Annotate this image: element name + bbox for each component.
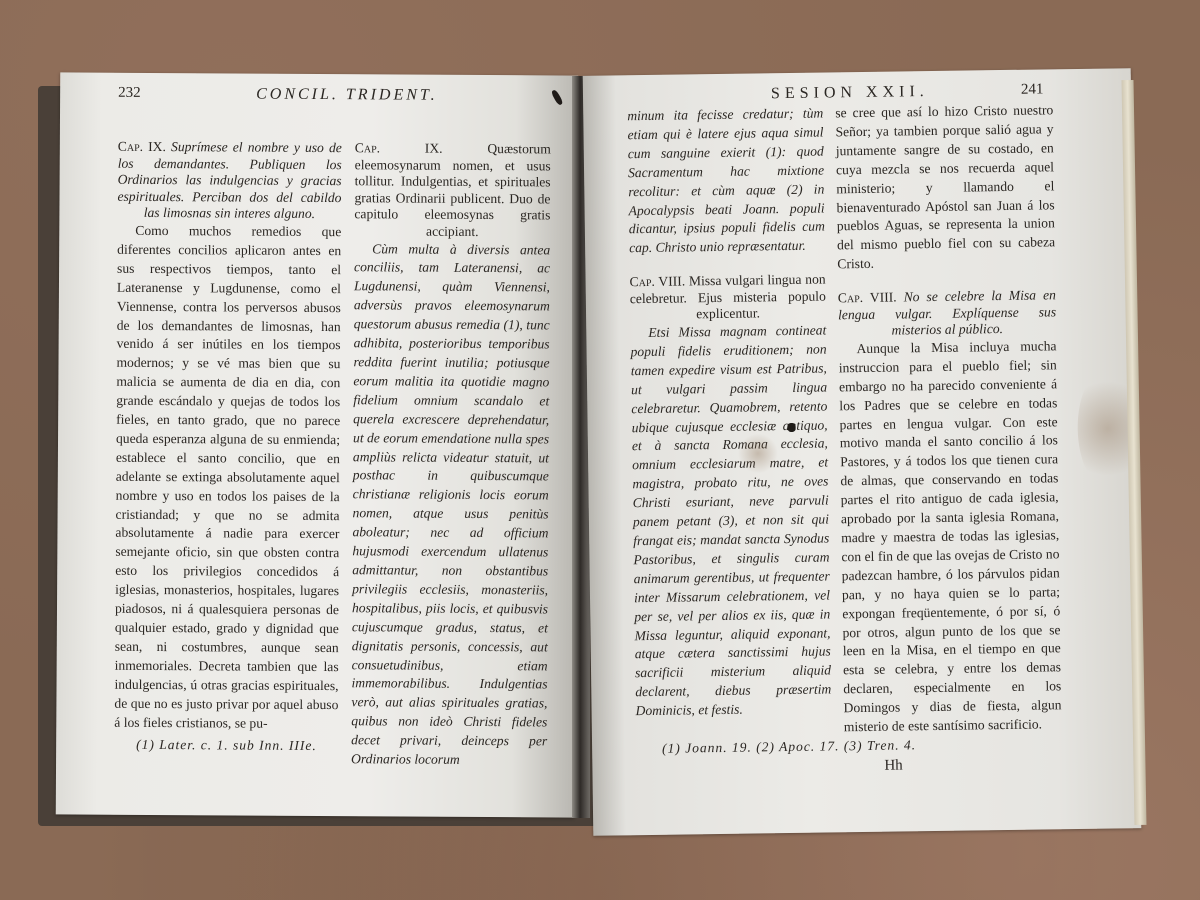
chapter-label: Cap. VIII.: [629, 274, 685, 290]
latin-continuation-text: minum ita fecisse credatur; tùm etiam qu…: [627, 105, 825, 259]
left-spanish-column: Cap. IX. Suprímese el nombre y uso de lo…: [114, 139, 342, 734]
left-latin-column: Cap. IX. Quæstorum eleemosynarum nomen, …: [351, 140, 551, 770]
spanish-body-text: Como muchos remedios que diferentes conc…: [114, 222, 341, 734]
signature-mark: Hh: [884, 757, 903, 774]
right-page-number: 241: [1021, 81, 1044, 98]
chapter-label: Cap. IX.: [118, 139, 166, 154]
ink-spot: [788, 423, 796, 432]
right-latin-column: minum ita fecisse credatur; tùm etiam qu…: [627, 105, 832, 722]
right-spanish-column: se cree que así lo hizo Cristo nuestro S…: [835, 101, 1062, 737]
right-running-title: SESION XXII.: [771, 83, 929, 103]
left-running-title: CONCIL. TRIDENT.: [256, 86, 438, 105]
left-page-number: 232: [118, 85, 141, 102]
spanish-chapter-heading: Cap. VIII. No se celebre la Misa en leng…: [838, 287, 1057, 340]
spanish-chapter-heading: Cap. IX. Suprímese el nombre y uso de lo…: [117, 139, 342, 223]
chapter-title: Quæstorum eleemosynarum nomen, et usus t…: [354, 141, 550, 239]
latin-chapter-heading: Cap. IX. Quæstorum eleemosynarum nomen, …: [354, 140, 551, 241]
right-page: SESION XXII. 241 minum ita fecisse creda…: [583, 68, 1142, 836]
left-running-head: 232 CONCIL. TRIDENT.: [60, 84, 578, 109]
spanish-continuation-text: se cree que así lo hizo Cristo nuestro S…: [835, 101, 1055, 274]
latin-body-text: Cùm multa à diversis antea conciliis, ta…: [351, 240, 550, 771]
left-page: 232 CONCIL. TRIDENT. Cap. IX. Suprímese …: [56, 72, 579, 817]
chapter-label: Cap. IX.: [355, 140, 443, 156]
latin-body-text: Etsi Missa magnam contineat populi fidel…: [630, 322, 832, 722]
left-footnote: (1) Later. c. 1. sub Inn. IIIe.: [136, 737, 317, 754]
right-footnote: (1) Joann. 19. (2) Apoc. 17. (3) Tren. 4…: [662, 737, 916, 757]
spanish-body-text: Aunque la Misa incluya mucha instruccion…: [838, 337, 1062, 737]
latin-chapter-heading: Cap. VIII. Missa vulgari lingua non cele…: [629, 272, 826, 325]
chapter-label: Cap. VIII.: [838, 290, 897, 306]
